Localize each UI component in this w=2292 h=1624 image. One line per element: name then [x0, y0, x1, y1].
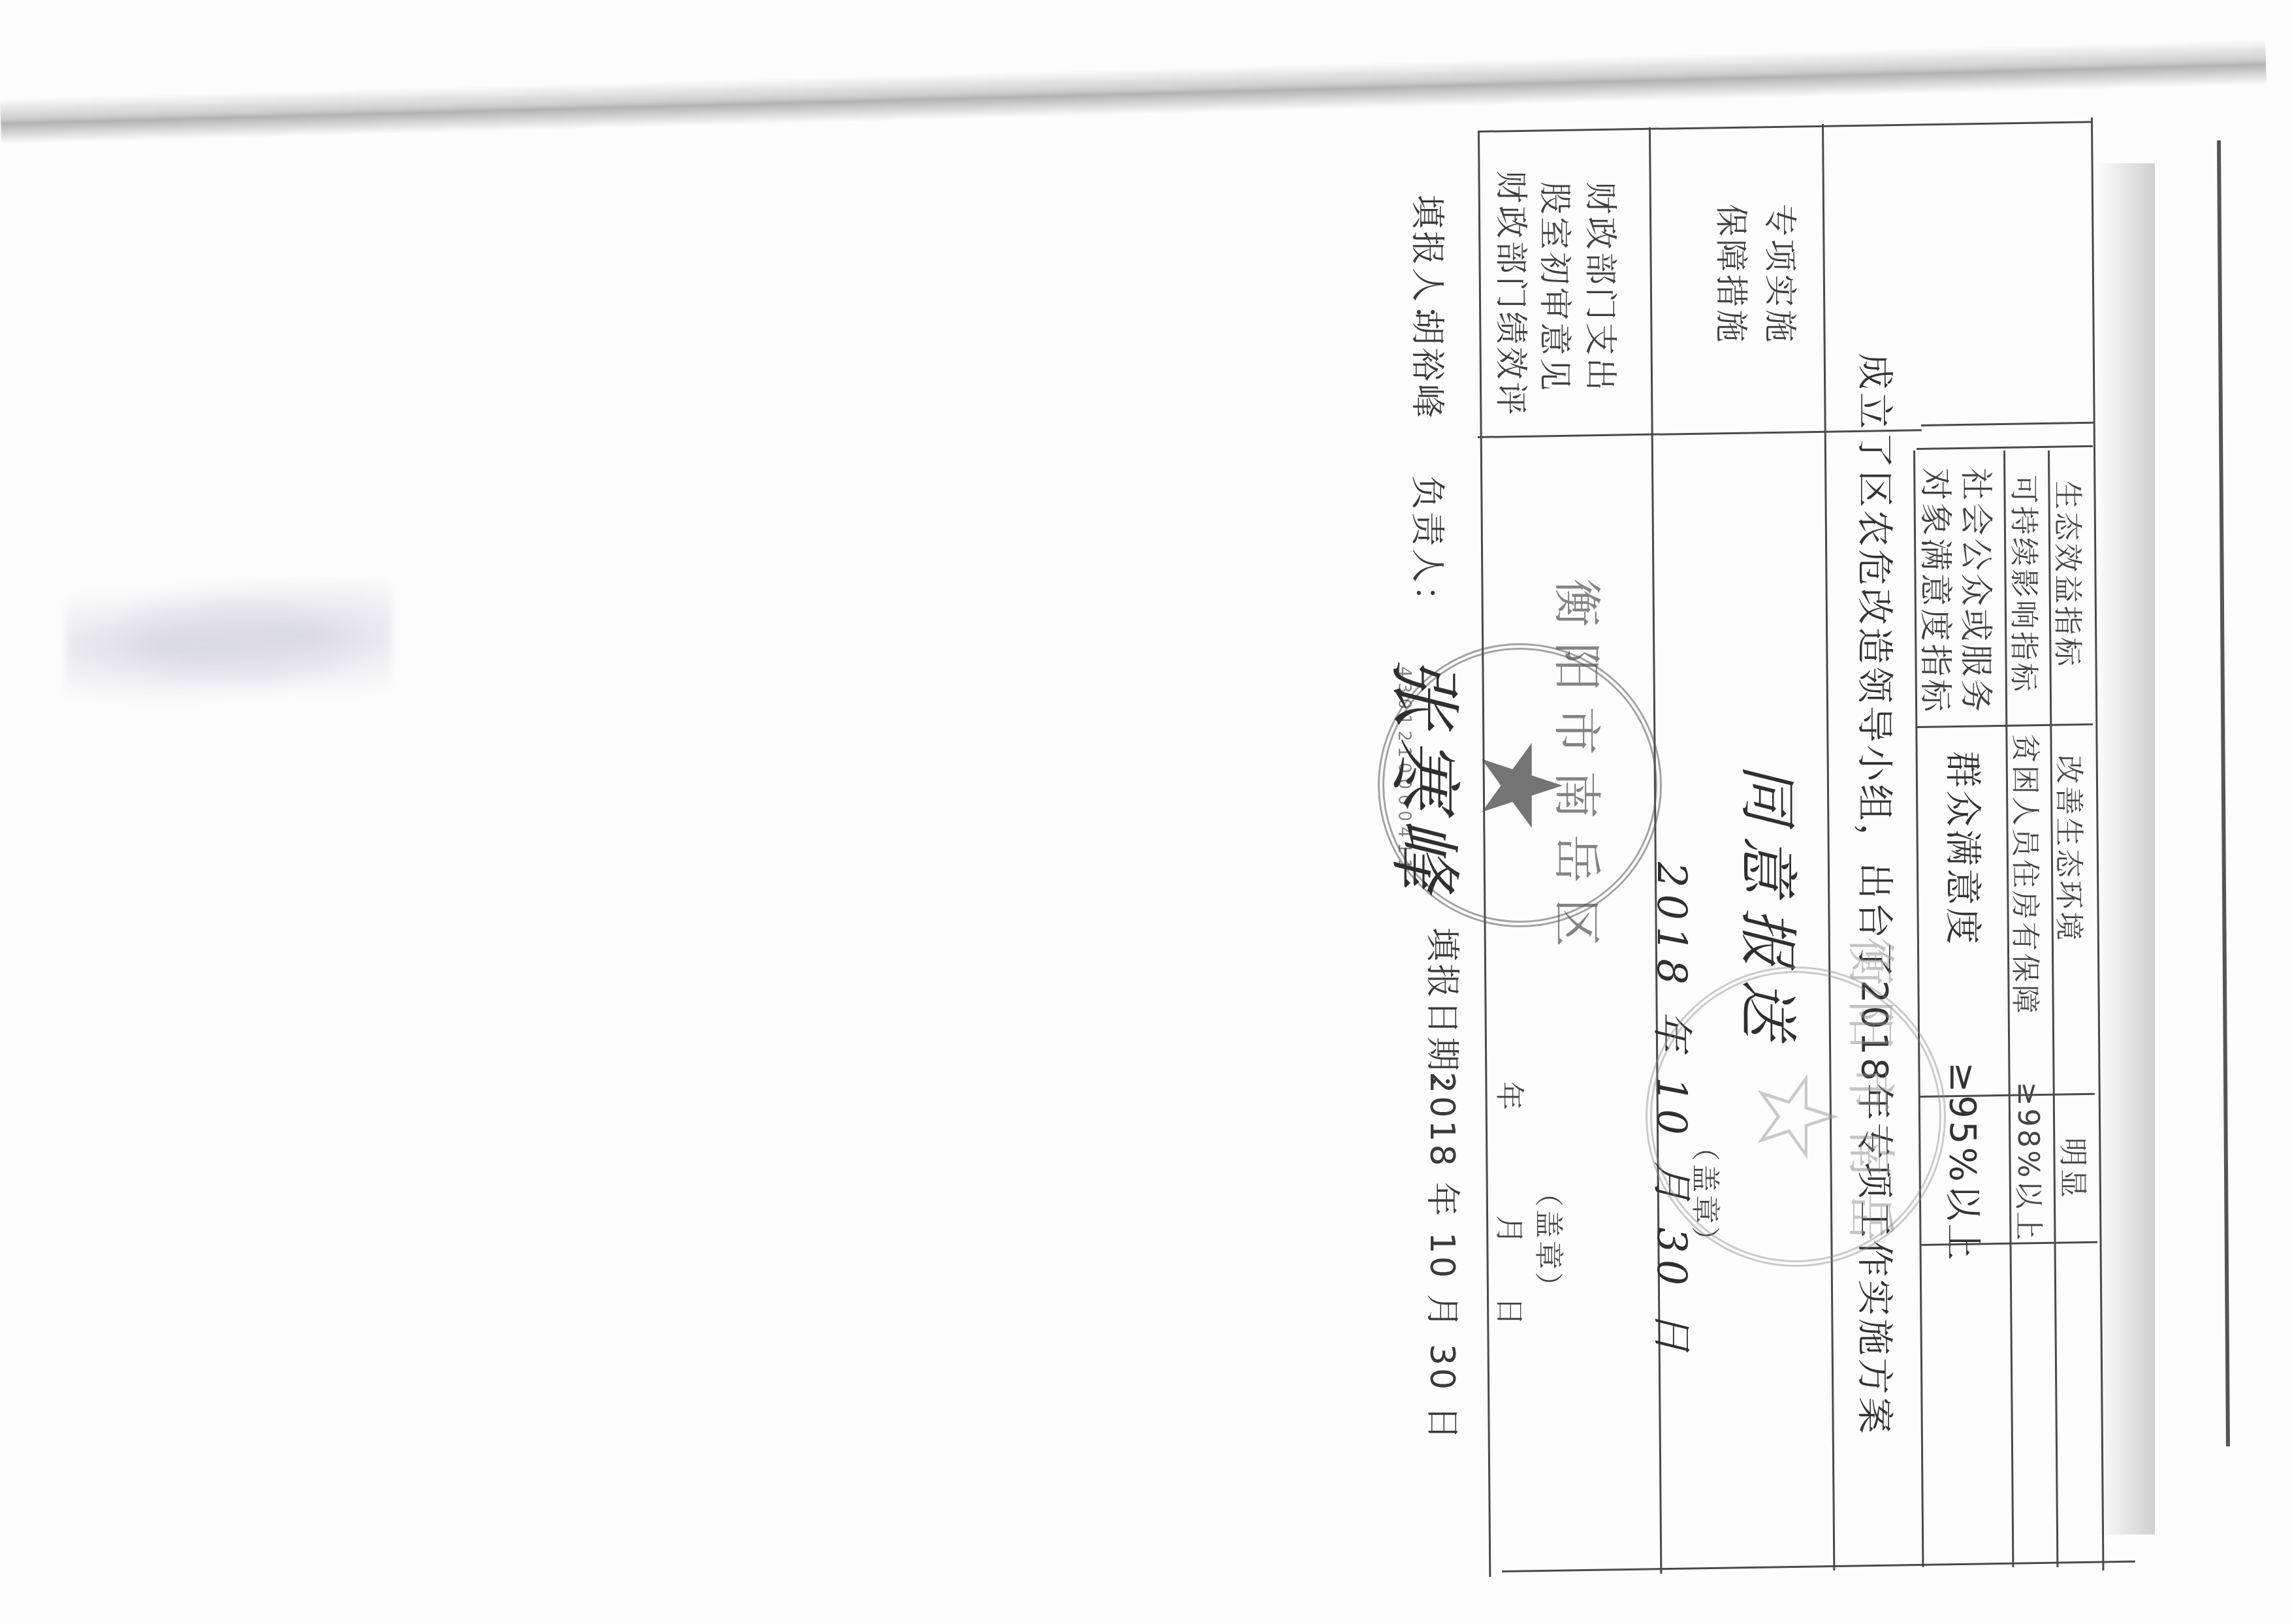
measures-label-line1: 专项实施: [1759, 204, 1806, 345]
table-line: [1921, 422, 2094, 426]
expenditure-review-label-line1: 财政部门支出: [1580, 182, 1627, 393]
performance-seal-label: （盖章）: [1530, 1178, 1572, 1303]
indicator-metric-housing: 贫困人员住房有保障: [2007, 734, 2048, 1016]
expenditure-review-label-line2: 股室初审意见: [1534, 182, 1581, 393]
toner-smudge: [65, 581, 392, 712]
table-line: [1917, 724, 2093, 728]
measures-label-line2: 保障措施: [1710, 204, 1757, 345]
indicator-target-environment: 明显: [2054, 1138, 2096, 1200]
scanner-edge-shadow: [0, 39, 2267, 144]
indicator-metric-environment: 改善生态环境: [2050, 755, 2092, 943]
indicator-category-sustainable: 可持续影响指标: [2005, 475, 2047, 694]
indicator-category-satisfaction-line1: 社会公众或服务: [1955, 468, 2002, 714]
indicator-category-ecological: 生态效益指标: [2049, 481, 2091, 669]
indicator-target-satisfaction: ≥95%以上: [1939, 1062, 1992, 1262]
fill-date-value: 2018 年 10 月 30 日: [1421, 1072, 1470, 1442]
indicator-target-housing: ≥98%以上: [2010, 1082, 2052, 1243]
district-seal-text: 衡阳市南岳区: [1546, 579, 1615, 963]
scanner-side-shadow: [2096, 163, 2155, 1535]
page-edge-line: [2217, 140, 2230, 1446]
indicator-metric-satisfaction: 群众满意度: [1939, 751, 1992, 947]
table-bottom-border: [1502, 1561, 2135, 1572]
table-line: [1917, 445, 2093, 450]
measures-content: 成立了区农危改造领导小组，出台了2018年专项工作实施方案: [1851, 353, 1903, 1437]
responsible-label: 负责人：: [1406, 475, 1455, 622]
performance-review-label-line1-visible: 财政部门绩效评: [1490, 170, 1537, 417]
responsible-signature: 张寒峰: [1378, 656, 1482, 899]
performance-date-year: 年: [1491, 1081, 1533, 1113]
table-top-border: [1478, 121, 2092, 133]
table-line: [1822, 124, 1835, 1570]
filler-name: 胡裕峰: [1406, 311, 1455, 421]
performance-date-day: 日: [1491, 1297, 1533, 1328]
finance-seal-text: 衡阳市南岳: [1839, 937, 1909, 1257]
indicator-category-satisfaction-line2: 对象满意度指标: [1915, 468, 1962, 714]
performance-date-month: 月: [1491, 1215, 1533, 1247]
